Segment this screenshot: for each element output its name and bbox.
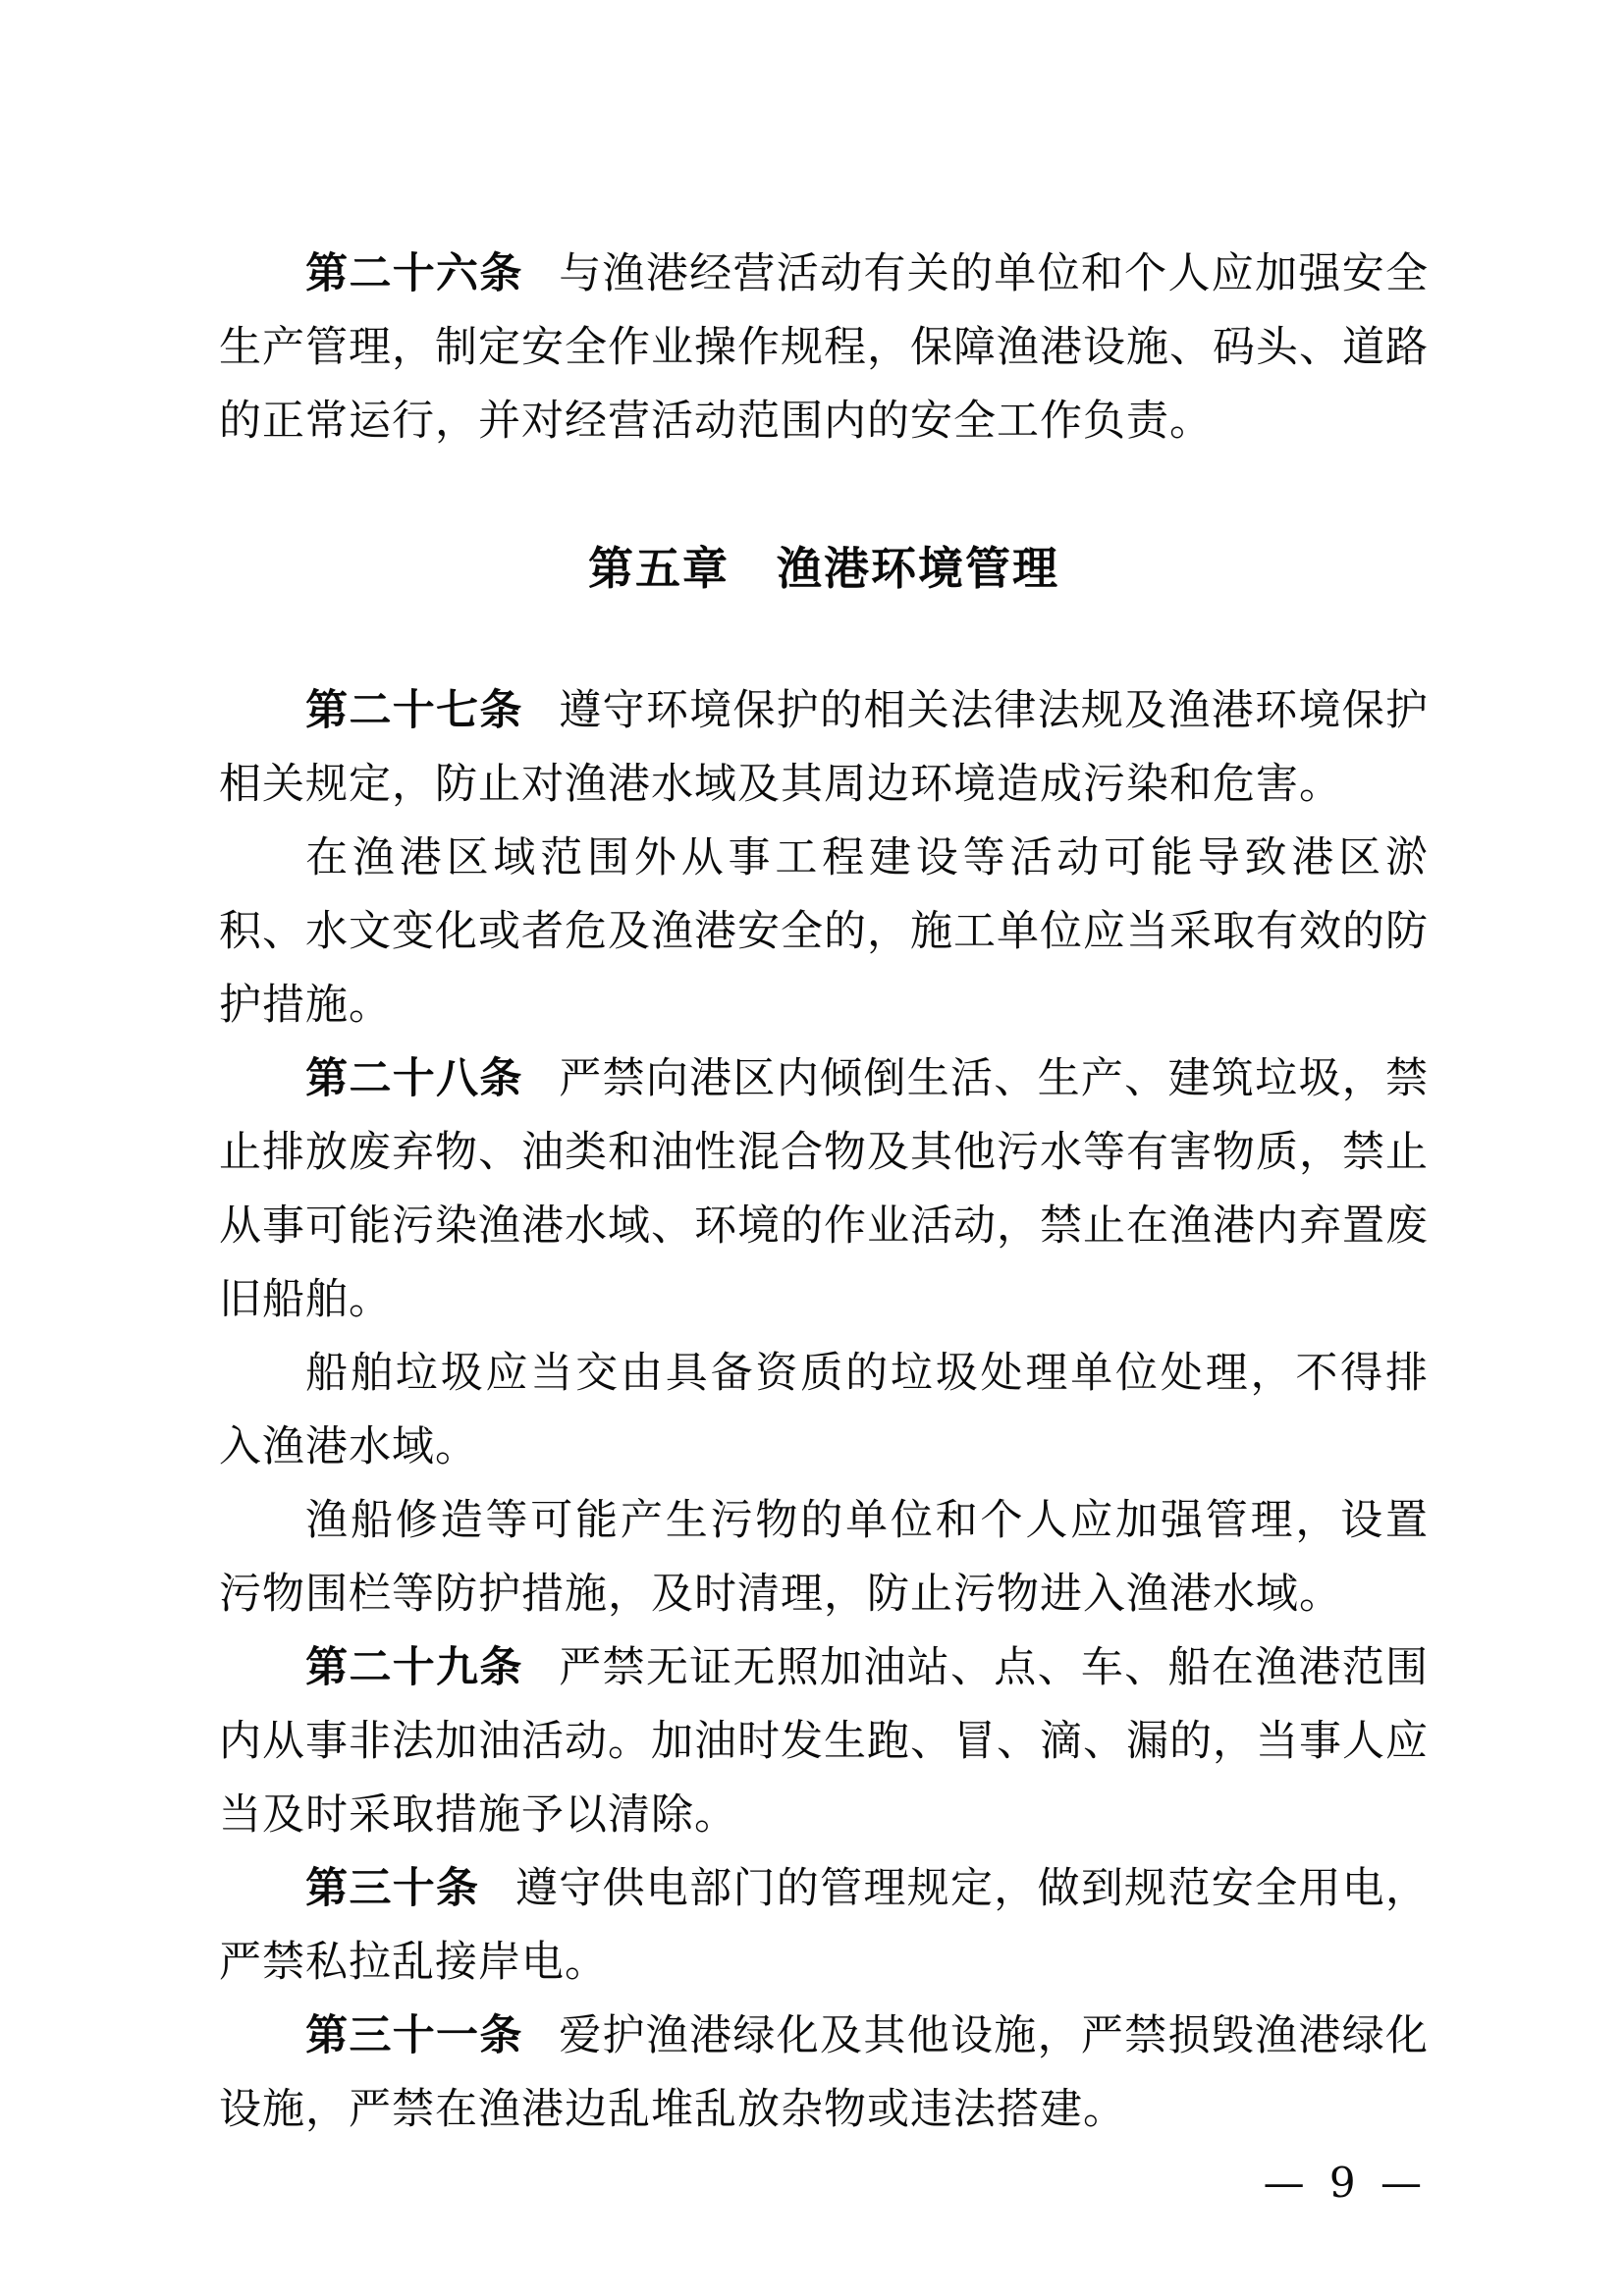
article-number-label: 第二十八条 xyxy=(305,1054,523,1103)
article-number-label: 第二十六条 xyxy=(305,249,523,298)
body-paragraph: 渔船修造等可能产生污物的单位和个人应加强管理，设置污物围栏等防护措施，及时清理，… xyxy=(219,1484,1429,1631)
article-paragraph: 第三十条遵守供电部门的管理规定，做到规范安全用电，严禁私拉乱接岸电。 xyxy=(219,1852,1429,2000)
document-body: 第二十六条与渔港经营活动有关的单位和个人应加强安全生产管理，制定安全作业操作规程… xyxy=(219,238,1429,2147)
article-number-label: 第二十七条 xyxy=(305,686,523,735)
article-paragraph: 第二十六条与渔港经营活动有关的单位和个人应加强安全生产管理，制定安全作业操作规程… xyxy=(219,238,1429,458)
body-paragraph: 船舶垃圾应当交由具备资质的垃圾处理单位处理，不得排入渔港水域。 xyxy=(219,1337,1429,1484)
body-paragraph: 在渔港区域范围外从事工程建设等活动可能导致港区淤积、水文变化或者危及渔港安全的，… xyxy=(219,822,1429,1042)
article-number-label: 第三十一条 xyxy=(305,2011,523,2060)
article-paragraph: 第二十九条严禁无证无照加油站、点、车、船在渔港范围内从事非法加油活动。加油时发生… xyxy=(219,1631,1429,1852)
article-paragraph: 第三十一条爱护渔港绿化及其他设施，严禁损毁渔港绿化设施，严禁在渔港边乱堆乱放杂物… xyxy=(219,2000,1429,2147)
article-number-label: 第二十九条 xyxy=(305,1643,523,1692)
article-paragraph: 第二十八条严禁向港区内倾倒生活、生产、建筑垃圾，禁止排放废弃物、油类和油性混合物… xyxy=(219,1042,1429,1337)
article-number-label: 第三十条 xyxy=(305,1864,479,1913)
chapter-heading: 第五章 渔港环境管理 xyxy=(219,532,1429,606)
article-paragraph: 第二十七条遵守环境保护的相关法律法规及渔港环境保护相关规定，防止对渔港水域及其周… xyxy=(219,674,1429,822)
page-number: — 9 — xyxy=(1264,2156,1428,2211)
